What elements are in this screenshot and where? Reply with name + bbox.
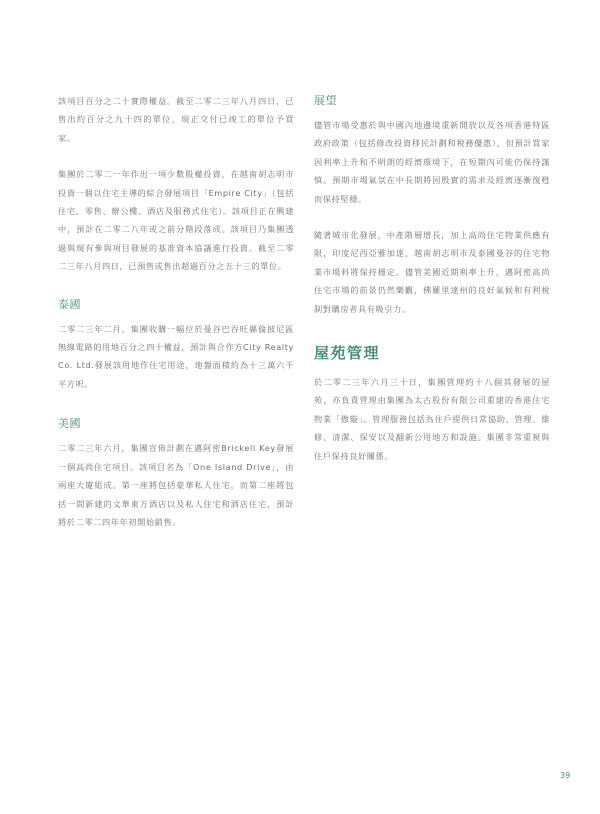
outlook-paragraph-1: 儘管市場受惠於與中國內地邊境重新開放以及各項香港特區政府政策（包括修改投資移民計… bbox=[314, 116, 550, 208]
outlook-heading: 展望 bbox=[314, 92, 550, 108]
spacer bbox=[58, 147, 294, 165]
thailand-paragraph: 二零二三年二月，集團收購一幅位於曼谷巴吞旺縣倫披尼區無線電路的用地百分之四十權益… bbox=[58, 320, 294, 394]
usa-heading: 美國 bbox=[58, 415, 294, 431]
intro-paragraph-2: 集團於二零二一年作出一項少數股權投資，在越南胡志明市投資一個以住宅主導的綜合發展… bbox=[58, 165, 294, 275]
spacer bbox=[314, 108, 550, 116]
estate-management-heading: 屋苑管理 bbox=[314, 342, 550, 363]
spacer bbox=[58, 276, 294, 296]
spacer bbox=[58, 312, 294, 320]
usa-paragraph: 二零二三年六月，集團宣佈計劃在邁阿密Brickell Key發展一個高尚住宅項目… bbox=[58, 439, 294, 531]
page-number: 39 bbox=[560, 771, 570, 780]
intro-paragraph-1: 該項目百分之二十實際權益。截至二零二三年八月四日，已售出約百分之九十四的單位，現… bbox=[58, 92, 294, 147]
estate-management-paragraph: 於二零二三年六月三十日，集團管理約十八個其發展的屋苑，亦負責管理由集團為太古股份… bbox=[314, 373, 550, 465]
spacer bbox=[314, 318, 550, 342]
spacer bbox=[314, 208, 550, 226]
spacer bbox=[58, 393, 294, 415]
spacer bbox=[314, 363, 550, 373]
spacer bbox=[58, 431, 294, 439]
left-column: 該項目百分之二十實際權益。截至二零二三年八月四日，已售出約百分之九十四的單位，現… bbox=[58, 92, 294, 531]
outlook-paragraph-2: 隨著城市化發展，中產階層增長，加上高尚住宅物業供應有限，印度尼西亞雅加達、越南胡… bbox=[314, 226, 550, 318]
right-column: 展望 儘管市場受惠於與中國內地邊境重新開放以及各項香港特區政府政策（包括修改投資… bbox=[314, 92, 550, 465]
thailand-heading: 泰國 bbox=[58, 296, 294, 312]
